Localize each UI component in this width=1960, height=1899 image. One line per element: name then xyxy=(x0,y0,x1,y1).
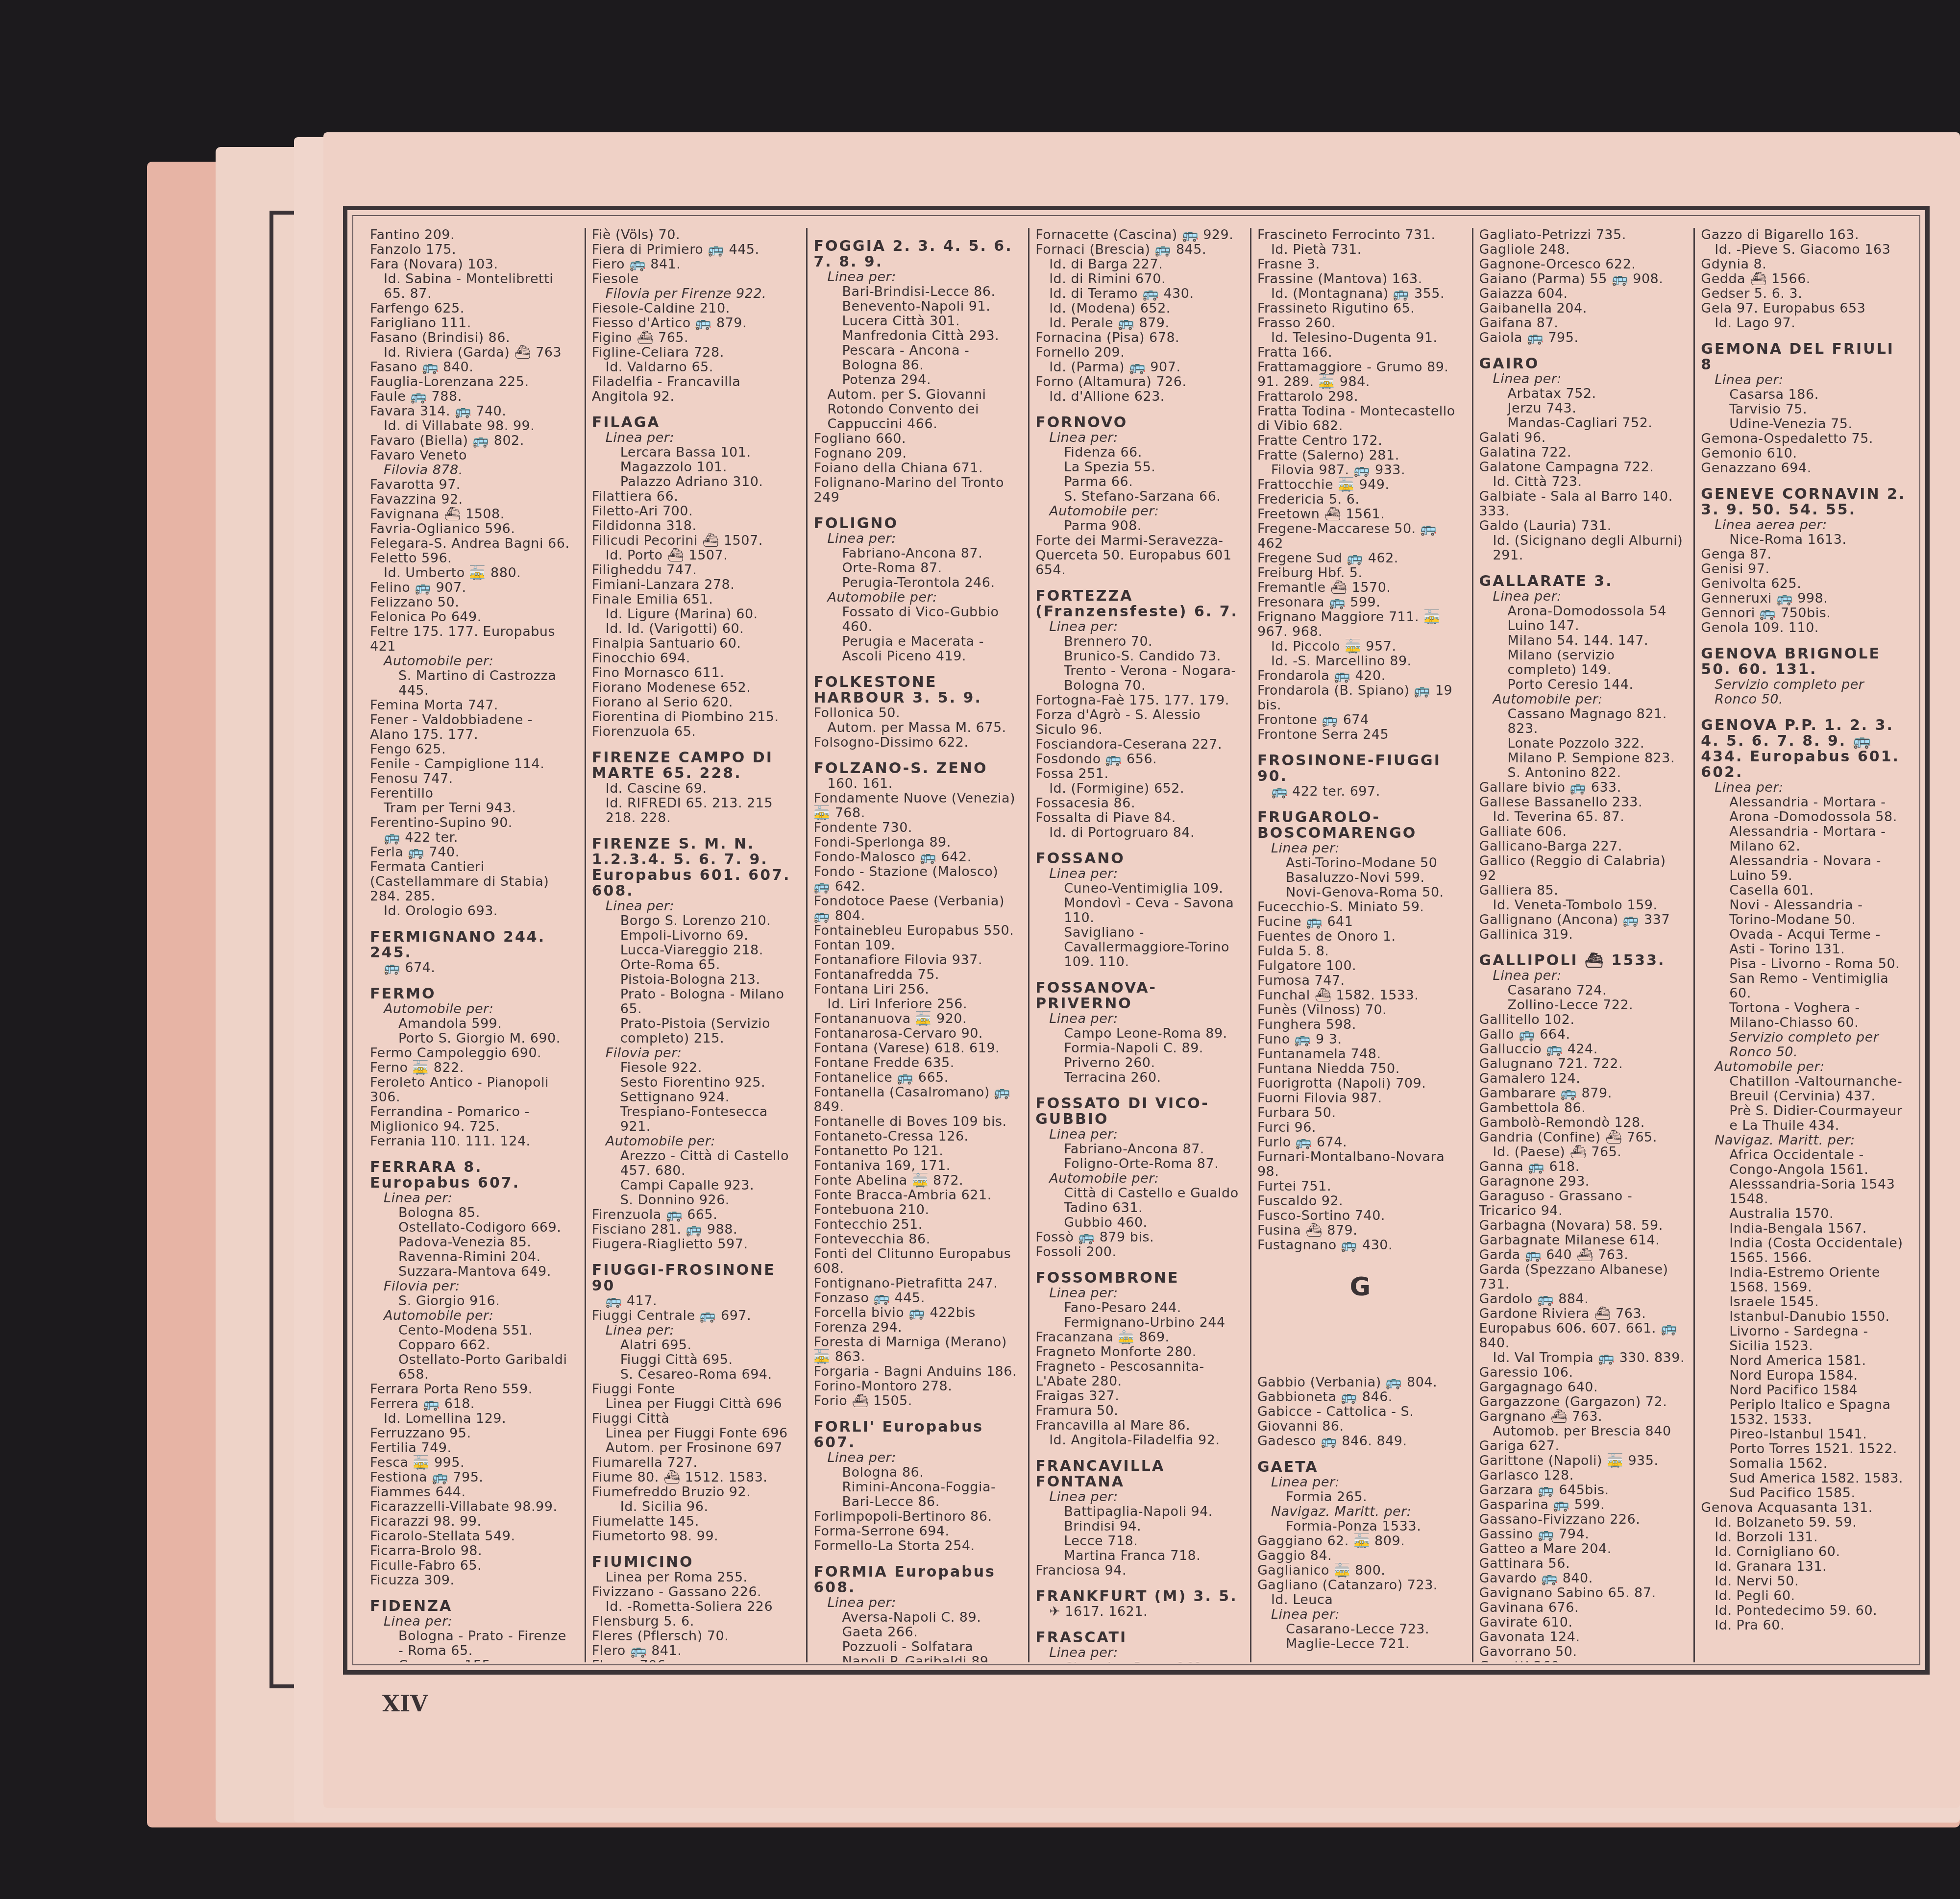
index-entry: Fisciano 281. 🚌 988. xyxy=(592,1222,798,1237)
index-entry: Fenosu 747. xyxy=(370,772,576,786)
index-entry: Orte-Roma 87. xyxy=(813,561,1019,576)
index-entry: Id. Val Trompia 🚌 330. 839. xyxy=(1479,1351,1685,1365)
index-entry: Gallo 🚌 664. xyxy=(1479,1027,1685,1042)
index-entry: Lucera Città 301. xyxy=(813,314,1019,329)
index-entry: Fragneto - Pescosannita-L'Abate 280. xyxy=(1035,1360,1241,1389)
index-entry: Furnari-Montalbano-Novara 98. xyxy=(1257,1150,1463,1179)
index-entry: Fara (Novara) 103. xyxy=(370,257,576,272)
index-entry: Fontainebleu Europabus 550. xyxy=(813,924,1019,938)
index-entry: Ciampino-Roma 262. xyxy=(1035,1660,1241,1662)
index-column-4: Fornacette (Cascina) 🚌 929.Fornaci (Bres… xyxy=(1029,228,1251,1662)
index-entry: Id. Bolzaneto 59. 59. xyxy=(1701,1515,1907,1530)
index-entry: Gdynia 8. xyxy=(1701,257,1907,272)
index-entry: India-Estremo Oriente 1568. 1569. xyxy=(1701,1266,1907,1295)
index-entry: Fontan 109. xyxy=(813,938,1019,953)
index-entry: Fontecchio 251. xyxy=(813,1217,1019,1232)
station-heading: GENEVE CORNAVIN 2. 3. 9. 50. 54. 55. xyxy=(1701,487,1907,518)
station-heading: GENOVA BRIGNOLE 50. 60. 131. xyxy=(1701,646,1907,678)
index-entry: Navigaz. Maritt. per: xyxy=(1701,1133,1907,1148)
index-entry: Firenzuola 🚌 665. xyxy=(592,1208,798,1222)
index-entry: Id. (Montagnana) 🚌 355. xyxy=(1257,287,1463,301)
index-entry: Id. (Paese) ⛴ 765. xyxy=(1479,1145,1685,1160)
index-entry: Fornaci (Brescia) 🚌 845. xyxy=(1035,243,1241,257)
index-entry: Fiesole-Caldine 210. xyxy=(592,301,798,316)
index-entry: Feletto 596. xyxy=(370,551,576,566)
index-column-5: Frascineto Ferrocinto 731.Id. Pietà 731.… xyxy=(1251,228,1473,1662)
index-entry: Fontanafredda 75. xyxy=(813,968,1019,982)
index-entry: Fiesole 922. xyxy=(592,1061,798,1075)
index-entry: Sud Pacifico 1585. xyxy=(1701,1486,1907,1501)
index-entry: Ficarra-Brolo 98. xyxy=(370,1544,576,1558)
index-entry: Francavilla al Mare 86. xyxy=(1035,1418,1241,1433)
index-entry: Foresta di Marniga (Merano) 🚋 863. xyxy=(813,1335,1019,1364)
index-entry: Fonzaso 🚌 445. xyxy=(813,1291,1019,1306)
index-entry: Sud America 1582. 1583. xyxy=(1701,1471,1907,1486)
index-entry: Id. Pra 60. xyxy=(1701,1618,1907,1633)
index-entry: Genneruxi 🚌 998. xyxy=(1701,591,1907,606)
index-entry: Gallinica 319. xyxy=(1479,927,1685,942)
index-entry: Terracina 260. xyxy=(1035,1071,1241,1085)
index-entry: Gallicano-Barga 227. xyxy=(1479,839,1685,854)
index-entry: 🚌 674. xyxy=(370,961,576,975)
index-entry: Gariga 627. xyxy=(1479,1439,1685,1454)
index-entry: Rimini-Ancona-Foggia-Bari-Lecce 86. xyxy=(813,1480,1019,1509)
index-entry: Fontane Fredde 635. xyxy=(813,1056,1019,1071)
index-entry: Campi Capalle 923. xyxy=(592,1178,798,1193)
index-entry: Somalia 1562. xyxy=(1701,1457,1907,1471)
index-entry: Fuorigrotta (Napoli) 709. xyxy=(1257,1076,1463,1091)
index-entry: Formia-Ponza 1533. xyxy=(1257,1519,1463,1534)
index-entry: S. Donnino 926. xyxy=(592,1193,798,1208)
index-entry: Fino Mornasco 611. xyxy=(592,666,798,681)
index-entry: Gassano-Fivizzano 226. xyxy=(1479,1512,1685,1527)
index-entry: Figline-Celiara 728. xyxy=(592,345,798,360)
index-entry: Aversa-Napoli C. 89. xyxy=(813,1610,1019,1625)
index-entry: Id. Liri Inferiore 256. xyxy=(813,997,1019,1012)
index-entry: Lecce 718. xyxy=(1035,1534,1241,1549)
index-entry: Filovia 987. 🚌 933. xyxy=(1257,463,1463,478)
index-entry: Favaro Veneto xyxy=(370,448,576,463)
index-entry: Fregene Sud 🚌 462. xyxy=(1257,551,1463,566)
index-entry: Fossato di Vico-Gubbio 460. xyxy=(813,605,1019,634)
index-entry: Linea per: xyxy=(1035,431,1241,445)
index-entry: Frattocchie 🚋 949. xyxy=(1257,478,1463,492)
index-entry: Id. Leuca xyxy=(1257,1593,1463,1607)
index-entry: Formia-Napoli C. 89. xyxy=(1035,1041,1241,1056)
index-entry: Filicudi Pecorini ⛴ 1507. xyxy=(592,534,798,548)
index-entry: Parma 66. xyxy=(1035,475,1241,489)
index-entry: Garagnone 293. xyxy=(1479,1174,1685,1189)
index-entry: Gagnone-Orcesco 622. xyxy=(1479,257,1685,272)
index-entry: Galati 96. xyxy=(1479,431,1685,445)
index-entry: Fiè (Völs) 70. xyxy=(592,228,798,243)
index-entry: Garaguso - Grassano - Tricarico 94. xyxy=(1479,1189,1685,1218)
index-entry: Fosdondo 🚌 656. xyxy=(1035,752,1241,767)
index-entry: Id. di Portogruaro 84. xyxy=(1035,826,1241,840)
index-entry: Fortogna-Faè 175. 177. 179. xyxy=(1035,693,1241,708)
index-entry: Fiorentina di Piombino 215. xyxy=(592,710,798,725)
station-heading: FRANKFURT (M) 3. 5. xyxy=(1035,1589,1241,1605)
index-entry: Fontignano-Pietrafitta 247. xyxy=(813,1276,1019,1291)
index-entry: Fregene-Maccarese 50. 🚌 462 xyxy=(1257,522,1463,551)
index-entry: Potenza 294. xyxy=(813,373,1019,388)
index-entry: Fornacina (Pisa) 678. xyxy=(1035,331,1241,345)
index-entry: Fasano (Brindisi) 86. xyxy=(370,331,576,345)
index-entry: Gedser 5. 6. 3. xyxy=(1701,287,1907,301)
index-entry: Martina Franca 718. xyxy=(1035,1549,1241,1563)
index-entry: Servizio completo per Ronco 50. xyxy=(1701,1030,1907,1060)
index-entry: Id. Città 723. xyxy=(1479,475,1685,489)
index-entry: Id. di Teramo 🚌 430. xyxy=(1035,287,1241,301)
index-entry: Id. (Modena) 652. xyxy=(1035,301,1241,316)
index-column-7: Gazzo di Bigarello 163.Id. -Pieve S. Gia… xyxy=(1695,228,1915,1662)
index-entry: Fontanelle di Boves 109 bis. xyxy=(813,1115,1019,1129)
index-entry: Asti-Torino-Modane 50 xyxy=(1257,856,1463,871)
index-entry: Ferrara Porta Reno 559. xyxy=(370,1382,576,1397)
index-entry: Fossò 🚌 879 bis. xyxy=(1035,1230,1241,1245)
index-entry: Fiumarella 727. xyxy=(592,1456,798,1470)
index-entry: Linea per: xyxy=(1035,620,1241,634)
index-entry: Fusco-Sortino 740. xyxy=(1257,1209,1463,1223)
index-entry: Perugia-Terontola 246. xyxy=(813,576,1019,590)
index-entry: Linea per: xyxy=(1035,1646,1241,1660)
station-heading: FIRENZE S. M. N. 1.2.3.4. 5. 6. 7. 9. Eu… xyxy=(592,836,798,899)
index-entry: Gemonio 610. xyxy=(1701,446,1907,461)
index-entry: Trespiano-Fontesecca 921. xyxy=(592,1105,798,1134)
index-entry: Ficarazzi 98. 99. xyxy=(370,1514,576,1529)
index-entry: Ostellato-Porto Garibaldi 658. xyxy=(370,1353,576,1382)
index-entry: Gazzo di Bigarello 163. xyxy=(1701,228,1907,243)
index-entry: Garbagnate Milanese 614. xyxy=(1479,1233,1685,1248)
station-heading: FORLI' Europabus 607. xyxy=(813,1419,1019,1451)
index-entry: Milano (servizio completo) 149. xyxy=(1479,648,1685,678)
station-heading: FERMO xyxy=(370,986,576,1002)
index-entry: Galatone Campagna 722. xyxy=(1479,460,1685,475)
index-entry: Finocchio 694. xyxy=(592,651,798,666)
index-entry: Funès (Vilnoss) 70. xyxy=(1257,1003,1463,1018)
index-entry: Galbiate - Sala al Barro 140. 333. xyxy=(1479,489,1685,519)
index-entry: Fondotoce Paese (Verbania) 🚌 804. xyxy=(813,894,1019,924)
index-entry: Foligno-Orte-Roma 87. xyxy=(1035,1157,1241,1171)
index-entry: Linea per: xyxy=(1257,1607,1463,1622)
index-entry: Cuneo-Ventimiglia 109. xyxy=(1035,881,1241,896)
index-entry: Settignano 924. xyxy=(592,1090,798,1105)
index-entry: Fener - Valdobbiadene - Alano 175. 177. xyxy=(370,713,576,742)
index-entry: Fontana Liri 256. xyxy=(813,982,1019,997)
index-entry: Novi - Alessandria - Torino-Modane 50. xyxy=(1701,898,1907,927)
index-entry: Alesssandria-Soria 1543 1548. xyxy=(1701,1177,1907,1207)
index-entry: Id. Valdarno 65. xyxy=(592,360,798,375)
index-entry: Fossalta di Piave 84. xyxy=(1035,811,1241,826)
index-frame: Fantino 209.Fanzolo 175.Fara (Novara) 10… xyxy=(343,206,1930,1675)
index-entry: Ferrandina - Pomarico - Miglionico 94. 7… xyxy=(370,1105,576,1134)
index-entry: Garittone (Napoli) 🚋 935. xyxy=(1479,1454,1685,1468)
index-entry: Fontanafiore Filovia 937. xyxy=(813,953,1019,968)
index-entry: Tortona - Voghera -Milano-Chiasso 60. xyxy=(1701,1001,1907,1030)
index-entry: Gedda ⛴ 1566. xyxy=(1701,272,1907,287)
index-entry: Nord America 1581. xyxy=(1701,1354,1907,1368)
index-entry: 🚌 422 ter. 697. xyxy=(1257,784,1463,799)
index-entry: Fontaniva 169, 171. xyxy=(813,1159,1019,1173)
index-entry: Festiona 🚌 795. xyxy=(370,1470,576,1485)
index-entry: Milano 54. 144. 147. xyxy=(1479,633,1685,648)
index-entry: Fragneto Monforte 280. xyxy=(1035,1345,1241,1360)
station-heading: GAIRO xyxy=(1479,356,1685,372)
index-entry: Id. Pietà 731. xyxy=(1257,243,1463,257)
index-entry: Gallare bivio 🚌 633. xyxy=(1479,780,1685,795)
index-entry: Id. -S. Marcellino 89. xyxy=(1257,654,1463,669)
index-entry: Fontaneto-Cressa 126. xyxy=(813,1129,1019,1144)
index-entry: Gavardo 🚌 840. xyxy=(1479,1571,1685,1586)
index-entry: Funtana Niedda 750. xyxy=(1257,1062,1463,1076)
index-entry: Filovia per Firenze 922. xyxy=(592,287,798,301)
index-entry: Alessandria - Mortara - Milano 62. xyxy=(1701,825,1907,854)
index-entry: Fimiani-Lanzara 278. xyxy=(592,578,798,592)
index-entry: Favignana ⛴ 1508. xyxy=(370,507,576,522)
index-entry: Pireo-Istanbul 1541. xyxy=(1701,1427,1907,1442)
index-entry: Linea per: xyxy=(1701,373,1907,388)
index-entry: Palazzo Adriano 310. xyxy=(592,475,798,489)
index-entry: Prato - Bologna - Milano 65. xyxy=(592,987,798,1017)
station-heading: FRUGAROLO-BOSCOMARENGO xyxy=(1257,810,1463,841)
index-entry: Gennori 🚌 750bis. xyxy=(1701,606,1907,621)
index-entry: Filigheddu 747. xyxy=(592,563,798,578)
index-entry: Formello-La Storta 254. xyxy=(813,1539,1019,1554)
index-entry: Garda 🚌 640 ⛴ 763. xyxy=(1479,1248,1685,1263)
index-entry: Magazzolo 101. xyxy=(592,460,798,475)
index-entry: Fucecchio-S. Miniato 59. xyxy=(1257,900,1463,915)
index-entry: Garlasco 128. xyxy=(1479,1468,1685,1483)
index-entry: Frondarola 🚌 420. xyxy=(1257,669,1463,683)
index-entry: Linea per: xyxy=(813,532,1019,546)
index-entry: Id. Sicilia 96. xyxy=(592,1500,798,1514)
index-entry: Id. Perale 🚌 879. xyxy=(1035,316,1241,331)
index-entry: Gaifana 87. xyxy=(1479,316,1685,331)
index-entry: Linea per: xyxy=(813,1596,1019,1610)
index-entry: Gargazzone (Gargazon) 72. xyxy=(1479,1395,1685,1410)
index-entry: Ostellato-Codigoro 669. xyxy=(370,1220,576,1235)
index-entry: Nord Pacifico 1584 xyxy=(1701,1383,1907,1398)
index-entry: Automobile per: xyxy=(1701,1060,1907,1074)
index-entry: Id. Piccolo 🚋 957. xyxy=(1257,639,1463,654)
index-entry: Fuscaldo 92. xyxy=(1257,1194,1463,1209)
index-entry: Furtei 751. xyxy=(1257,1179,1463,1194)
index-entry: Gamalero 124. xyxy=(1479,1071,1685,1086)
index-entry: Periplo Italico e Spagna 1532. 1533. xyxy=(1701,1398,1907,1427)
index-entry: Genova Acquasanta 131. xyxy=(1701,1501,1907,1515)
index-entry: Pisa - Livorno - Roma 50. xyxy=(1701,957,1907,972)
index-entry: Fiuggi Centrale 🚌 697. xyxy=(592,1309,798,1323)
station-heading: FOSSANO xyxy=(1035,851,1241,867)
index-entry: Fossacesia 86. xyxy=(1035,796,1241,811)
index-entry: Fiumetorto 98. 99. xyxy=(592,1529,798,1544)
index-entry: Funtanamela 748. xyxy=(1257,1047,1463,1062)
index-entry: Pozzuoli - Solfatara Napoli P. Garibaldi… xyxy=(813,1640,1019,1662)
index-entry: Manfredonia Città 293. xyxy=(813,329,1019,343)
index-entry: Fiesole xyxy=(592,272,798,287)
index-entry: Fulda 5. 8. xyxy=(1257,944,1463,959)
index-entry: Forte dei Marmi-Seravezza-Querceta 50. E… xyxy=(1035,534,1241,578)
index-entry: Sesto Fiorentino 925. xyxy=(592,1075,798,1090)
index-entry: Fabriano-Ancona 87. xyxy=(813,546,1019,561)
station-heading: FERRARA 8. Europabus 607. xyxy=(370,1160,576,1191)
index-entry: Automobile per: xyxy=(370,1002,576,1017)
index-entry: Id. Orologio 693. xyxy=(370,904,576,919)
index-entry: Felonica Po 649. xyxy=(370,610,576,625)
index-entry: Alessandria - Mortara - Arona -Domodosso… xyxy=(1701,795,1907,825)
index-entry: 160. 161. xyxy=(813,777,1019,791)
index-entry: Mondovì - Ceva - Savona 110. xyxy=(1035,896,1241,925)
index-entry: Fosciandora-Ceserana 227. xyxy=(1035,737,1241,752)
index-entry: Ferla 🚌 740. xyxy=(370,845,576,860)
index-entry: Priverno 260. xyxy=(1035,1056,1241,1071)
index-entry: Fiugera-Riaglietto 597. xyxy=(592,1237,798,1252)
index-entry: Nice-Roma 1613. xyxy=(1701,533,1907,547)
index-entry: Furci 96. xyxy=(1257,1120,1463,1135)
index-entry: Gallitello 102. xyxy=(1479,1013,1685,1027)
index-entry: Id. di Barga 227. xyxy=(1035,257,1241,272)
index-entry: Porto S. Giorgio M. 690. xyxy=(370,1031,576,1046)
index-entry: Franciosa 94. xyxy=(1035,1563,1241,1578)
index-entry: Id. Pontedecimo 59. 60. xyxy=(1701,1604,1907,1618)
index-entry: Fermata Cantieri (Castellammare di Stabi… xyxy=(370,860,576,904)
index-entry: Galliate 606. xyxy=(1479,825,1685,839)
index-entry: Foiano della Chiana 671. xyxy=(813,461,1019,476)
index-entry: Linea per: xyxy=(1479,589,1685,604)
index-entry: Linea per: xyxy=(1035,1286,1241,1301)
index-entry: Linea per Fiuggi Città 696 xyxy=(592,1397,798,1412)
index-entry: Ficulle-Fabro 65. xyxy=(370,1558,576,1573)
index-entry: Funo 🚌 9 3. xyxy=(1257,1032,1463,1047)
index-column-2: Fiè (Völs) 70.Fiera di Primiero 🚌 445.Fi… xyxy=(586,228,808,1662)
index-entry: Fiume 80. ⛴ 1512. 1583. xyxy=(592,1470,798,1485)
index-entry: Orte-Roma 65. xyxy=(592,958,798,973)
index-entry: Genivolta 625. xyxy=(1701,577,1907,591)
index-entry: Fresonara 🚌 599. xyxy=(1257,595,1463,610)
index-entry: Linea per: xyxy=(370,1614,576,1629)
index-entry: Linea per: xyxy=(1701,780,1907,795)
index-entry: Ficarolo-Stellata 549. xyxy=(370,1529,576,1544)
index-entry: Id. Riviera (Garda) ⛴ 763 xyxy=(370,345,576,360)
index-entry: Linea per: xyxy=(1035,1012,1241,1026)
index-entry: Id. (Parma) 🚌 907. xyxy=(1035,360,1241,375)
index-entry: Formia 265. xyxy=(1257,1490,1463,1505)
index-entry: Fontana (Varese) 618. 619. xyxy=(813,1041,1019,1056)
index-column-6: Gagliato-Petrizzi 735.Gagliole 248.Gagno… xyxy=(1473,228,1695,1662)
index-entry: Filattiera 66. xyxy=(592,489,798,504)
index-entry: Automobile per: xyxy=(1035,1171,1241,1186)
index-entry: Linea per Fiuggi Fonte 696 xyxy=(592,1426,798,1441)
index-entry: Milano P. Sempione 823. xyxy=(1479,751,1685,766)
index-entry: Feroleto Antico - Pianopoli 306. xyxy=(370,1075,576,1105)
index-entry: Benevento-Napoli 91. xyxy=(813,299,1019,314)
index-entry: Automobile per: xyxy=(370,654,576,669)
index-entry: Chatillon -Valtournanche-Breuil (Cervini… xyxy=(1701,1074,1907,1104)
index-entry: Gaiazza 604. xyxy=(1479,287,1685,301)
index-entry: Forgaria - Bagni Anduins 186. xyxy=(813,1364,1019,1379)
station-heading: GALLIPOLI ⛴ 1533. xyxy=(1479,953,1685,969)
index-entry: Gaeta 266. xyxy=(813,1625,1019,1640)
index-entry: Fantino 209. xyxy=(370,228,576,243)
index-entry: Id. Veneta-Tombolo 159. xyxy=(1479,898,1685,913)
index-entry: Gandria (Confine) ⛴ 765. xyxy=(1479,1130,1685,1145)
index-entry: Lucca-Viareggio 218. xyxy=(592,943,798,958)
index-entry: Linea per: xyxy=(1035,1127,1241,1142)
index-entry: Felino 🚌 907. xyxy=(370,581,576,595)
index-entry: Linea per Roma 255. xyxy=(592,1570,798,1585)
index-entry: Gavignano Sabino 65. 87. xyxy=(1479,1586,1685,1601)
station-heading: FORMIA Europabus 608. xyxy=(813,1564,1019,1596)
index-entry: Frassineto Rigutino 65. xyxy=(1257,301,1463,316)
index-entry: Battipaglia-Napoli 94. xyxy=(1035,1505,1241,1519)
index-entry: Gardolo 🚌 884. xyxy=(1479,1292,1685,1307)
index-entry: Pistoia-Bologna 213. xyxy=(592,973,798,987)
index-entry: Linea per: xyxy=(592,431,798,445)
index-entry: Fontanella (Casalromano) 🚌 849. xyxy=(813,1085,1019,1115)
index-entry: 🚌 417. xyxy=(592,1294,798,1309)
index-entry: Fabriano-Ancona 87. xyxy=(1035,1142,1241,1157)
index-entry: Automobile per: xyxy=(592,1134,798,1149)
index-entry: Fertilia 749. xyxy=(370,1441,576,1456)
index-entry: Fumosa 747. xyxy=(1257,974,1463,988)
index-entry: Gadesco 🚌 846. 849. xyxy=(1257,1434,1463,1449)
index-entry: Bologna - Prato - Firenze - Roma 65. xyxy=(370,1629,576,1658)
index-entry: Fiera di Primiero 🚌 445. xyxy=(592,243,798,257)
index-entry: Galluccio 🚌 424. xyxy=(1479,1042,1685,1057)
index-entry: Automobile per: xyxy=(1035,504,1241,519)
index-entry: Fleres (Pflersch) 70. xyxy=(592,1629,798,1644)
index-entry: Tarvisio 75. xyxy=(1701,402,1907,417)
index-entry: S. Antonino 822. xyxy=(1479,766,1685,780)
index-entry: Id. Cornigliano 60. xyxy=(1701,1545,1907,1559)
index-entry: Follonica 50. xyxy=(813,706,1019,721)
index-entry: Gavonata 124. xyxy=(1479,1630,1685,1645)
index-entry: Alessandria - Novara - Luino 59. xyxy=(1701,854,1907,883)
index-entry: S. Stefano-Sarzana 66. xyxy=(1035,489,1241,504)
index-entry: Borgo S. Lorenzo 210. xyxy=(592,914,798,928)
index-entry: Furlo 🚌 674. xyxy=(1257,1135,1463,1150)
index-entry: Tram per Terni 943. xyxy=(370,801,576,816)
index-entry: Udine-Venezia 75. xyxy=(1701,417,1907,432)
index-entry: Savigliano - Cavallermaggiore-Torino 109… xyxy=(1035,925,1241,970)
index-entry: Id. Porto ⛴ 1507. xyxy=(592,548,798,563)
index-entry: Ravenna-Rimini 204. xyxy=(370,1250,576,1265)
index-entry: Novi-Genova-Roma 50. xyxy=(1257,885,1463,900)
station-heading: GAETA xyxy=(1257,1460,1463,1475)
index-entry: Id. (Formigine) 652. xyxy=(1035,781,1241,796)
index-entry: Cassano Magnago 821. 823. xyxy=(1479,707,1685,736)
index-column-3: FOGGIA 2. 3. 4. 5. 6. 7. 8. 9.Linea per:… xyxy=(808,228,1029,1662)
index-entry: Id. Nervi 50. xyxy=(1701,1574,1907,1589)
index-entry: Id. Id. (Varigotti) 60. xyxy=(592,622,798,636)
index-entry: Linea per: xyxy=(1257,841,1463,856)
index-entry: Funchal ⛴ 1582. 1533. xyxy=(1257,988,1463,1003)
index-entry: Basaluzzo-Novi 599. xyxy=(1257,871,1463,885)
index-entry: Fanzolo 175. xyxy=(370,243,576,257)
index-entry: Autom. per Massa M. 675. xyxy=(813,721,1019,735)
index-column-1: Fantino 209.Fanzolo 175.Fara (Novara) 10… xyxy=(364,228,586,1662)
index-entry: Empoli-Livorno 69. xyxy=(592,928,798,943)
index-entry: Arona-Domodossola 54 xyxy=(1479,604,1685,619)
index-entry: Feltre 175. 177. Europabus 421 xyxy=(370,625,576,654)
index-entry: Trento - Verona - Nogara-Bologna 70. xyxy=(1035,664,1241,693)
index-entry: Id. Lomellina 129. xyxy=(370,1412,576,1426)
index-entry: Id. Lago 97. xyxy=(1701,316,1907,331)
index-entry: ✈ 1617. 1621. xyxy=(1035,1605,1241,1619)
index-entry: Casarsa 186. xyxy=(1701,388,1907,402)
index-entry: Gassino 🚌 794. xyxy=(1479,1527,1685,1542)
index-entry: Fontanarosa-Cervaro 90. xyxy=(813,1026,1019,1041)
